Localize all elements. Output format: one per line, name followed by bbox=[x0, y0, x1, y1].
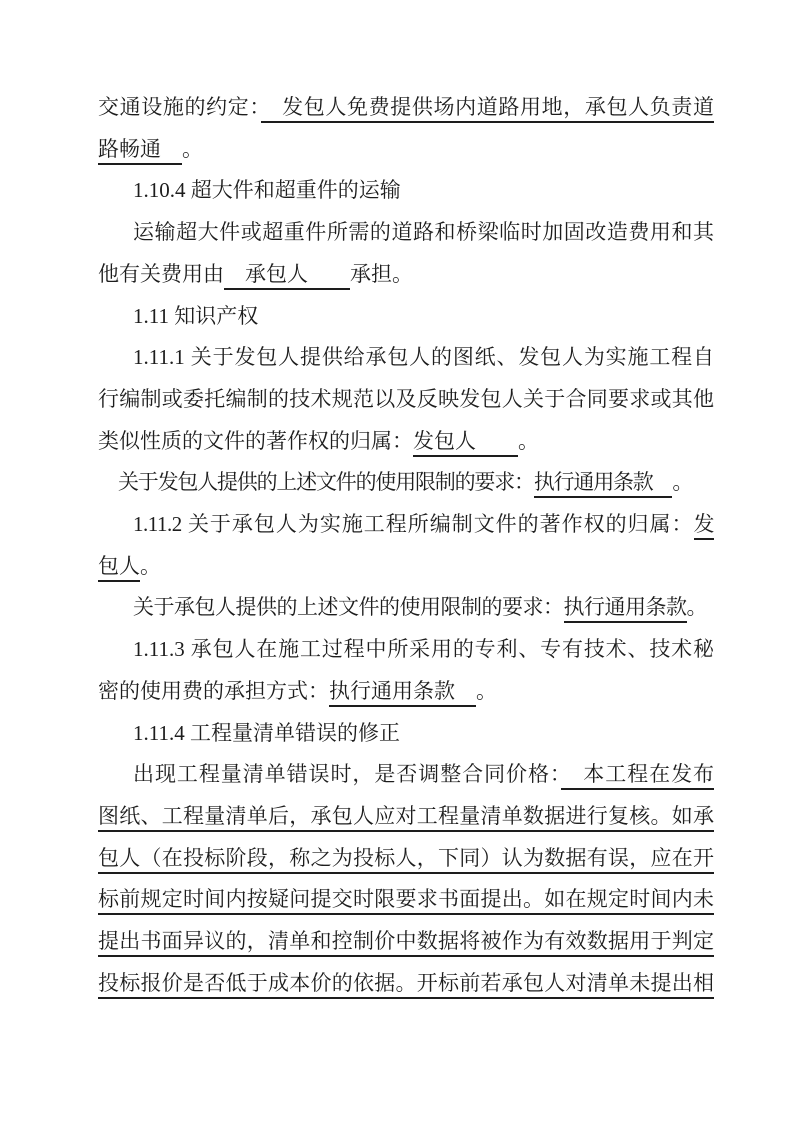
text-run: 。 bbox=[182, 137, 203, 161]
filled-blank: 投标报价是否低于成本价的依据。开标前若承包人对清单未提出相 bbox=[98, 971, 714, 999]
text-line: 包人。 bbox=[98, 546, 714, 588]
text-line: 1.11.1 关于发包人提供给承包人的图纸、发包人为实施工程自 bbox=[98, 337, 714, 379]
text-line: 关于发包人提供的上述文件的使用限制的要求：执行通用条款 。 bbox=[98, 462, 714, 504]
filled-blank: 发 bbox=[694, 512, 715, 540]
text-line: 1.11.4 工程量清单错误的修正 bbox=[98, 713, 714, 755]
text-line: 包人（在投标阶段，称之为投标人，下同）认为数据有误，应在开 bbox=[98, 838, 714, 880]
text-line: 密的使用费的承担方式：执行通用条款 。 bbox=[98, 671, 714, 713]
filled-blank: 本工程在发布 bbox=[561, 762, 714, 790]
text-run: 1.11.3 承包人在施工过程中所采用的专利、专有技术、技术秘 bbox=[133, 637, 714, 661]
text-line: 运输超大件或超重件所需的道路和桥梁临时加固改造费用和其 bbox=[98, 212, 714, 254]
filled-blank: 包人 bbox=[98, 554, 140, 582]
text-line: 交通设施的约定： 发包人免费提供场内道路用地，承包人负责道 bbox=[98, 87, 714, 129]
text-run: 密的使用费的承担方式： bbox=[98, 679, 329, 703]
text-line: 1.10.4 超大件和超重件的运输 bbox=[98, 170, 714, 212]
text-line: 标前规定时间内按疑问提交时限要求书面提出。如在规定时间内未 bbox=[98, 879, 714, 921]
text-line: 投标报价是否低于成本价的依据。开标前若承包人对清单未提出相 bbox=[98, 963, 714, 1005]
text-run: 类似性质的文件的著作权的归属： bbox=[98, 429, 413, 453]
text-run: 运输超大件或超重件所需的道路和桥梁临时加固改造费用和其 bbox=[133, 220, 714, 244]
text-line: 图纸、工程量清单后，承包人应对工程量清单数据进行复核。如承 bbox=[98, 796, 714, 838]
text-run: 。 bbox=[687, 595, 708, 619]
text-line: 提出书面异议的，清单和控制价中数据将被作为有效数据用于判定 bbox=[98, 921, 714, 963]
text-run: 1.11.4 工程量清单错误的修正 bbox=[133, 721, 400, 745]
filled-blank: 执行通用条款 bbox=[329, 679, 476, 707]
text-line: 行编制或委托编制的技术规范以及反映发包人关于合同要求或其他 bbox=[98, 379, 714, 421]
text-run: 。 bbox=[518, 429, 539, 453]
text-run: 行编制或委托编制的技术规范以及反映发包人关于合同要求或其他 bbox=[98, 387, 714, 411]
text-run: 交通设施的约定： bbox=[98, 95, 261, 119]
text-run: 关于发包人提供的上述文件的使用限制的要求： bbox=[118, 470, 534, 494]
text-run: 1.11 知识产权 bbox=[133, 304, 258, 328]
text-line: 出现工程量清单错误时，是否调整合同价格： 本工程在发布 bbox=[98, 754, 714, 796]
document-page: 交通设施的约定： 发包人免费提供场内道路用地，承包人负责道路畅通 。1.10.4… bbox=[0, 0, 794, 1122]
filled-blank: 包人（在投标阶段，称之为投标人，下同）认为数据有误，应在开 bbox=[98, 846, 714, 874]
text-run: 关于承包人提供的上述文件的使用限制的要求： bbox=[133, 595, 564, 619]
text-line: 1.11.3 承包人在施工过程中所采用的专利、专有技术、技术秘 bbox=[98, 629, 714, 671]
text-run: 。 bbox=[476, 679, 497, 703]
filled-blank: 提出书面异议的，清单和控制价中数据将被作为有效数据用于判定 bbox=[98, 929, 714, 957]
text-run: 。 bbox=[672, 470, 692, 494]
filled-blank: 发包人免费提供场内道路用地，承包人负责道 bbox=[261, 95, 715, 123]
filled-blank: 路畅通 bbox=[98, 137, 182, 165]
text-run: 承担。 bbox=[350, 262, 413, 286]
filled-blank: 图纸、工程量清单后，承包人应对工程量清单数据进行复核。如承 bbox=[98, 804, 714, 832]
text-line: 路畅通 。 bbox=[98, 129, 714, 171]
filled-blank: 发包人 bbox=[413, 429, 518, 457]
text-column: 交通设施的约定： 发包人免费提供场内道路用地，承包人负责道路畅通 。1.10.4… bbox=[98, 87, 714, 1004]
text-run: 1.11.2 关于承包人为实施工程所编制文件的著作权的归属： bbox=[133, 512, 694, 536]
text-run: 出现工程量清单错误时，是否调整合同价格： bbox=[133, 762, 561, 786]
text-run: 1.11.1 关于发包人提供给承包人的图纸、发包人为实施工程自 bbox=[133, 345, 714, 369]
text-run: 他有关费用由 bbox=[98, 262, 224, 286]
text-line: 类似性质的文件的著作权的归属：发包人 。 bbox=[98, 421, 714, 463]
text-line: 他有关费用由 承包人 承担。 bbox=[98, 254, 714, 296]
text-line: 关于承包人提供的上述文件的使用限制的要求：执行通用条款。 bbox=[98, 587, 714, 629]
text-line: 1.11 知识产权 bbox=[98, 296, 714, 338]
text-run: 。 bbox=[140, 554, 161, 578]
text-line: 1.11.2 关于承包人为实施工程所编制文件的著作权的归属：发 bbox=[98, 504, 714, 546]
filled-blank: 标前规定时间内按疑问提交时限要求书面提出。如在规定时间内未 bbox=[98, 887, 714, 915]
filled-blank: 承包人 bbox=[224, 262, 350, 290]
text-run: 1.10.4 超大件和超重件的运输 bbox=[133, 178, 401, 202]
filled-blank: 执行通用条款 bbox=[534, 470, 673, 498]
filled-blank: 执行通用条款 bbox=[564, 595, 687, 623]
